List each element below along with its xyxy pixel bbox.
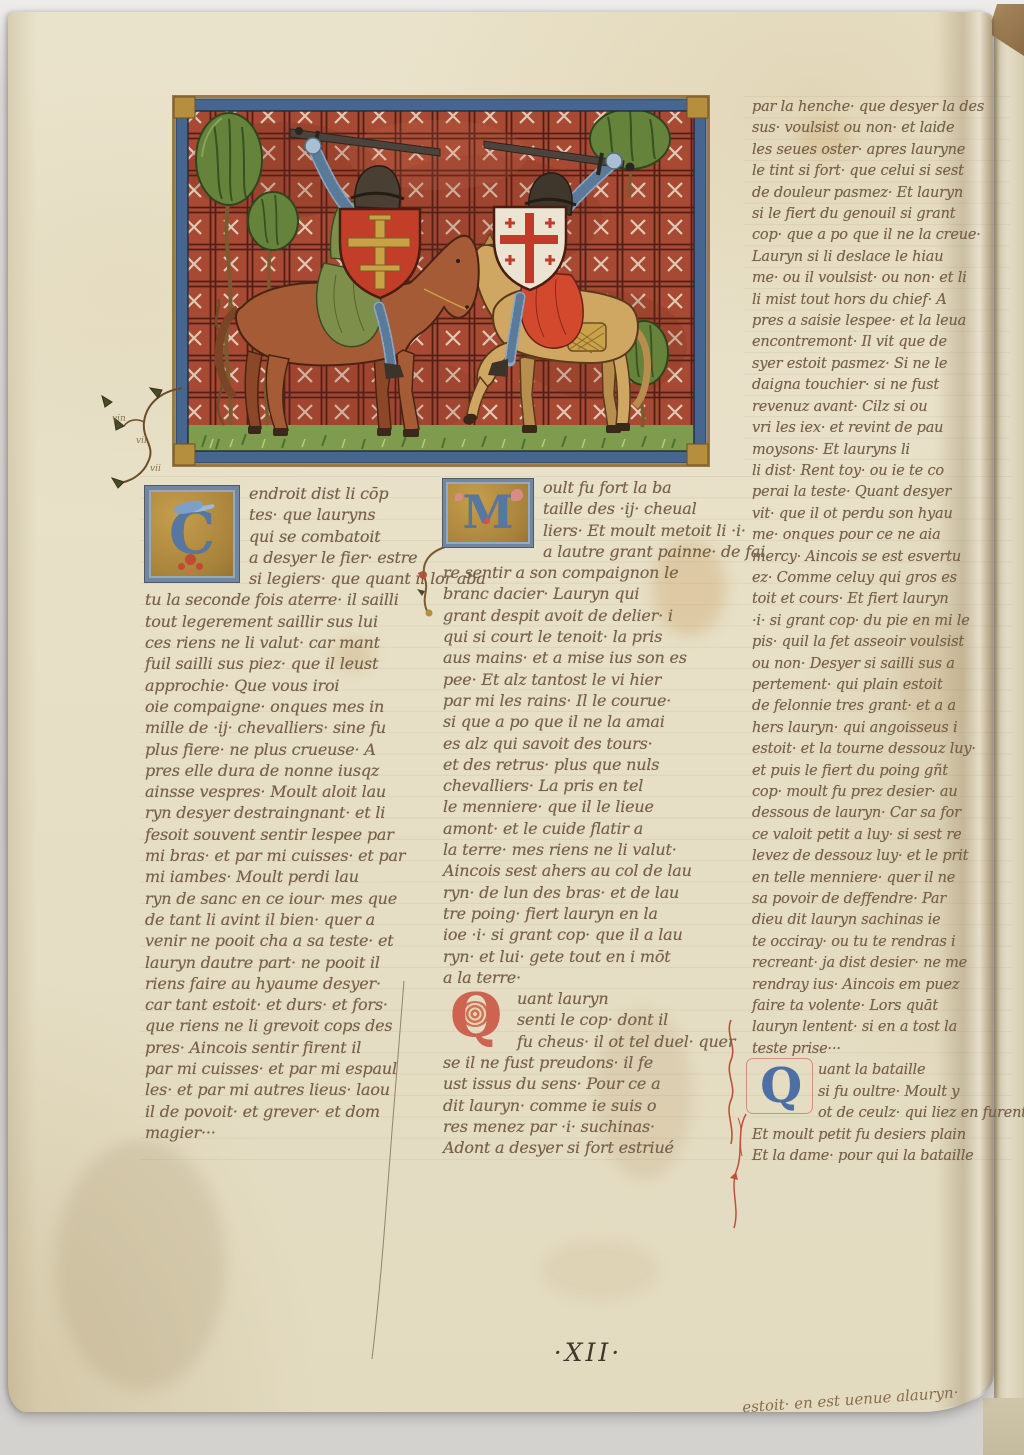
text-line: ou non· Desyer si sailli sus a: [752, 654, 996, 675]
text-line: par la henche· que desyer la des: [752, 97, 996, 118]
text-line: mi bras· et par mi cuisses· et par: [145, 845, 443, 866]
initial-letter: Q: [450, 992, 502, 1040]
left-horse-eye: [456, 259, 460, 263]
text-line: riens faire au hyaume desyer·: [145, 973, 443, 994]
frame-corner-gold: [687, 97, 708, 118]
text-line: amont· et le cuide flatir a: [443, 818, 741, 839]
text-line: ryn desyer destraingnant· et li: [145, 802, 443, 823]
text-column-right: par la henche· que desyer la dessus· vou…: [752, 97, 996, 1167]
text-line: ez· Comme celuy qui gros es: [752, 568, 996, 589]
column-middle-section-2: Q uant laurynsenti le cop· dont ilfu che…: [443, 988, 741, 1158]
text-line: branc dacier· Lauryn qui: [443, 583, 741, 604]
text-line: recreant· ja dist desier· ne me: [752, 953, 996, 974]
text-line: fesoit souvent sentir lespee par: [145, 824, 443, 845]
frame-corner-gold: [174, 97, 195, 118]
text-line: ioe ·i· si grant cop· que il a lau: [443, 924, 741, 945]
text-line: pis· quil la fet asseoir voulsist: [752, 632, 996, 653]
text-line: ryn· de lun des bras· et de lau: [443, 882, 741, 903]
text-line: sa povoir de deffendre· Par: [752, 889, 996, 910]
text-line: ·i· si grant cop· du pie en mi le: [752, 611, 996, 632]
illuminated-initial-q-blue: Q: [752, 1062, 810, 1110]
text-line: rendray ius· Aincois em puez: [752, 975, 996, 996]
text-line: ces riens ne li valut· car mant: [145, 632, 443, 653]
text-line: vii: [150, 464, 161, 474]
text-line: par mi les rains· Il le courue·: [443, 690, 741, 711]
text-line: il de povoit· et grever· et dom: [145, 1101, 443, 1122]
text-line: me· onques pour ce ne aia: [752, 525, 996, 546]
right-sword-pommel: [626, 163, 635, 172]
text-line: re sentir a son compaignon le: [443, 562, 741, 583]
text-line: perai la teste· Quant desyer: [752, 482, 996, 503]
text-line: pee· Et alz tantost le vi hier: [443, 669, 741, 690]
text-line: le tint si fort· que celui si sest: [752, 161, 996, 182]
text-line: chevalliers· La pris en tel: [443, 775, 741, 796]
text-line: Aincois sest ahers au col de lau: [443, 860, 741, 881]
text-line: pres elle dura de nonne iusqz: [145, 760, 443, 781]
text-line: se il ne fust preudons· il fe: [443, 1052, 741, 1073]
text-line: te occiray· ou tu te rendras i: [752, 932, 996, 953]
left-sword-pommel: [295, 127, 303, 135]
text-line: pres a saisie lespee· et la leua: [752, 311, 996, 332]
text-line: ryn· et lui· gete tout en i mōt: [443, 946, 741, 967]
text-line: vii: [136, 436, 147, 446]
text-line: plus fiere· ne plus crueuse· A: [145, 739, 443, 760]
text-line: ust issus du sens· Pour ce a: [443, 1073, 741, 1094]
miniature-illustration: [172, 95, 710, 467]
text-line: syer estoit pasmez· Si ne le: [752, 354, 996, 375]
right-knight-fist: [606, 153, 622, 169]
text-line: Adont a desyer si fort estriué: [443, 1137, 741, 1158]
initial-letter: M: [463, 502, 514, 523]
column-right-section-1: par la henche· que desyer la dessus· vou…: [752, 97, 996, 1060]
text-line: vit· que il ot perdu son hyau: [752, 504, 996, 525]
text-line: de felonnie tres grant· et a a: [752, 696, 996, 717]
text-line: par mi cuisses· et par mi espaul: [145, 1058, 443, 1079]
text-line: les· et par mi autres lieus· laou: [145, 1079, 443, 1100]
text-line: Lauryn si li deslace le hiau: [752, 247, 996, 268]
text-line: encontremont· Il vit que de: [752, 332, 996, 353]
text-line: toit et cours· Et fiert lauryn: [752, 589, 996, 610]
text-line: pres· Aincois sentir firent il: [145, 1037, 443, 1058]
illuminated-initial-m: M: [443, 479, 533, 547]
text-line: mi iambes· Moult perdi lau: [145, 866, 443, 887]
text-line: et des retrus· plus que nuls: [443, 754, 741, 775]
initial-letter: Q: [760, 1064, 802, 1108]
text-line: li dist· Rent toy· ou ie te co: [752, 461, 996, 482]
text-line: tu la seconde fois aterre· il sailli: [145, 589, 443, 610]
text-line: vri les iex· et revint de pau: [752, 418, 996, 439]
text-line: estoit· et la tourne dessouz luy·: [752, 739, 996, 760]
text-line: et puis le fiert du poing gñt: [752, 761, 996, 782]
text-line: cop· moult fu prez desier· au: [752, 782, 996, 803]
text-line: dieu dit lauryn sachinas ie: [752, 910, 996, 931]
text-line: oie compaigne· onques mes in: [145, 696, 443, 717]
text-line: cop· que a po que il ne la creue·: [752, 225, 996, 246]
text-line: la terre· mes riens ne li valut·: [443, 839, 741, 860]
text-line: tout legerement saillir sus lui: [145, 611, 443, 632]
left-knight-fist: [305, 138, 321, 154]
text-line: tre poing· fiert lauryn en la: [443, 903, 741, 924]
text-line: res menez par ·i· suchinas·: [443, 1116, 741, 1137]
text-line: sus· voulsist ou non· et laide: [752, 118, 996, 139]
text-line: ce valoit petit a luy· si sest re: [752, 825, 996, 846]
text-line: levez de dessouz luy· et le prit: [752, 846, 996, 867]
text-line: les seues oster· apres lauryne: [752, 140, 996, 161]
text-line: mercy· Aincois se est esvertu: [752, 547, 996, 568]
text-line: en telle menniere· quer il ne: [752, 868, 996, 889]
text-line: vin: [112, 414, 126, 424]
column-left-body: C endroit dist li cōptes· que laurynsqui…: [145, 483, 443, 1143]
illuminated-initial-c: C: [145, 486, 239, 582]
text-line: si que a po que il ne la amai: [443, 711, 741, 732]
text-line: si le fiert du genouil si grant: [752, 204, 996, 225]
text-line: teste prise···: [752, 1039, 996, 1060]
text-line: dit lauryn· comme ie suis o: [443, 1095, 741, 1116]
text-line: magier···: [145, 1122, 443, 1143]
text-line: ainsse vespres· Moult aloit lau: [145, 781, 443, 802]
text-line: qui si court le tenoit· la pris: [443, 626, 741, 647]
text-line: mille de ·ij· chevalliers· sine fu: [145, 717, 443, 738]
text-line: es alz qui savoit des tours·: [443, 733, 741, 754]
column-right-section-2: Q uant la bataillesi fu oultre· Moult yo…: [752, 1060, 996, 1167]
text-line: dessous de lauryn· Car sa for: [752, 803, 996, 824]
text-line: lauryn lentent· si en a tost la: [752, 1017, 996, 1038]
illuminated-initial-q-red: Q: [443, 990, 509, 1042]
manuscript-photo: vinviivii C endroit dist li cōptes· que …: [0, 0, 1024, 1455]
next-leaf-edge: [994, 28, 1024, 1438]
text-line: faire ta volente· Lors quāt: [752, 996, 996, 1017]
text-line: fuil sailli sus piez· que il leust: [145, 653, 443, 674]
text-line: venir ne pooit cha a sa teste· et: [145, 930, 443, 951]
text-line: lauryn dautre part· ne pooit il: [145, 952, 443, 973]
text-line: Et la dame· pour qui la bataille: [752, 1146, 996, 1167]
column-middle-section-1: M oult fu fort la bataille des ·ij· cheu…: [443, 477, 741, 988]
text-line: ryn de sanc en ce iour· mes que: [145, 888, 443, 909]
text-line: que riens ne li grevoit cops des: [145, 1015, 443, 1036]
text-line: de douleur pasmez· Et lauryn: [752, 183, 996, 204]
text-line: car tant estoit· et durs· et fors·: [145, 994, 443, 1015]
text-line: le menniere· que il le lieue: [443, 796, 741, 817]
text-line: revenuz avant· Cilz si ou: [752, 397, 996, 418]
text-line: grant despit avoit de delier· i: [443, 605, 741, 626]
text-line: daigna touchier· si ne fust: [752, 375, 996, 396]
text-line: pertement· qui plain estoit: [752, 675, 996, 696]
frame-corner-gold: [687, 444, 708, 465]
text-line: approchie· Que vous iroi: [145, 675, 443, 696]
ivy-margin-decoration: vinviivii: [98, 382, 186, 490]
leaf-edge-bottom: [983, 1398, 1024, 1455]
text-line: Et moult petit fu desiers plain: [752, 1125, 996, 1146]
text-line: hers lauryn· qui angoisseus i: [752, 718, 996, 739]
quire-signature: ·XII·: [528, 1338, 648, 1367]
initial-letter: C: [169, 523, 215, 544]
text-line: li mist tout hors du chief· A: [752, 290, 996, 311]
text-line: me· ou il voulsist· ou non· et li: [752, 268, 996, 289]
text-line: de tant li avint il bien· quer a: [145, 909, 443, 930]
text-line: aus mains· et a mise ius son es: [443, 647, 741, 668]
text-column-left: C endroit dist li cōptes· que laurynsqui…: [145, 483, 443, 1143]
text-line: moysons· Et lauryns li: [752, 440, 996, 461]
text-column-middle: M oult fu fort la bataille des ·ij· cheu…: [443, 477, 741, 1159]
